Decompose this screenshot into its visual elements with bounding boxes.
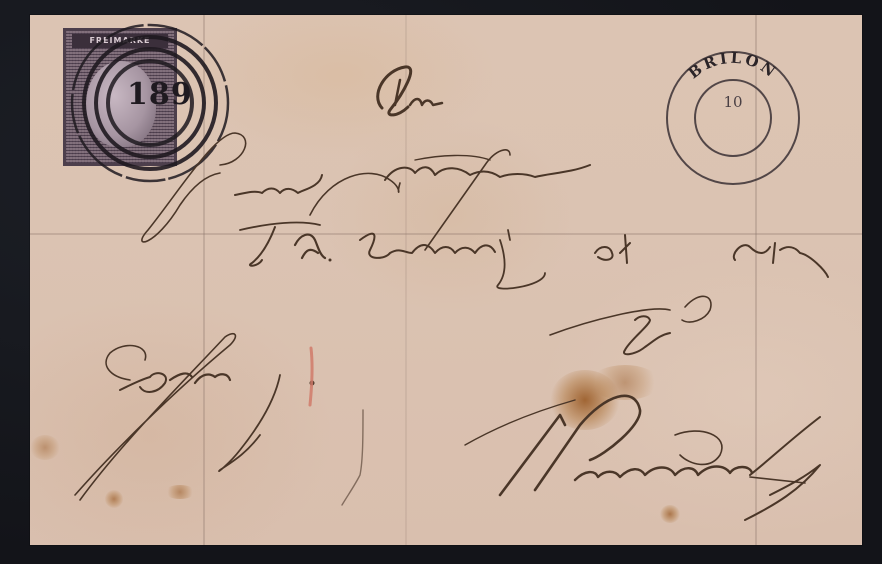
envelope-cover: FREIMARKE BRILON 10 — [30, 15, 862, 545]
postmark-date: 10 — [723, 93, 742, 111]
red-crayon-mark — [310, 348, 312, 405]
handwriting-frei — [75, 334, 315, 500]
handwriting-zu — [550, 296, 711, 354]
handwriting-warendorf — [465, 396, 820, 520]
scanned-cover-photo: FREIMARKE BRILON 10 — [0, 0, 882, 564]
svg-text:BRILON: BRILON — [685, 49, 781, 83]
postmark-town: BRILON — [685, 49, 781, 83]
town-postmark: BRILON 10 — [667, 49, 799, 184]
numeral-cancel-number: 189 — [127, 77, 193, 112]
handwriting-schmitz-et-sohn — [240, 223, 828, 289]
handwriting-an — [378, 67, 442, 115]
handwriting-herrn-kaufmann — [142, 133, 590, 250]
